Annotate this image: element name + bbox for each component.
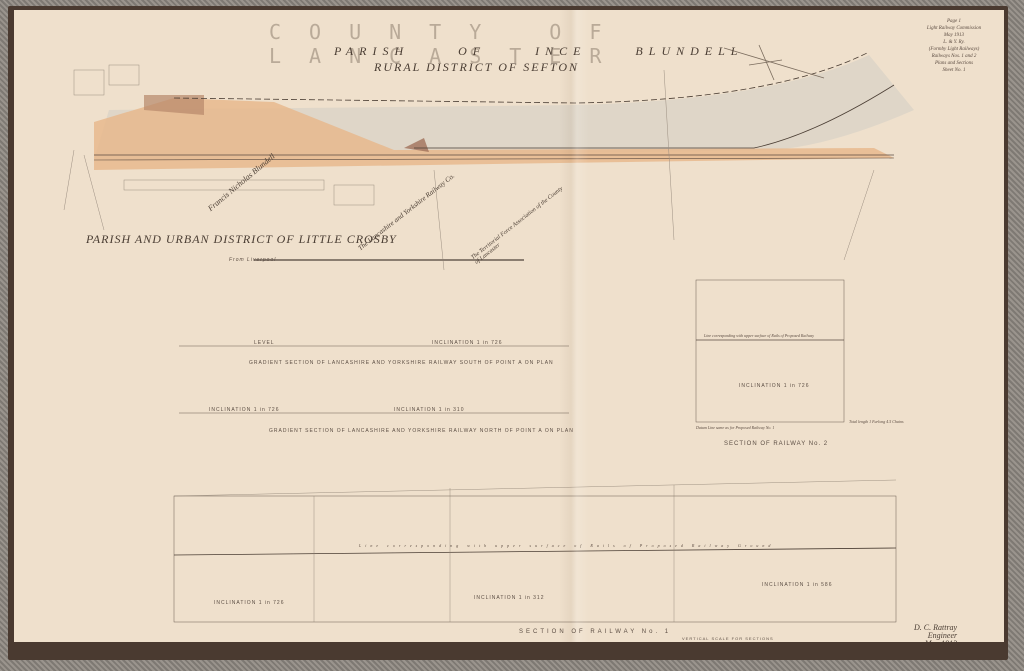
note-line: May 1913 — [914, 32, 994, 39]
note-line: Railways Nos. 1 and 2 — [914, 53, 994, 60]
note-line: Light Railway Commission — [914, 25, 994, 32]
vertical-scale-label: VERTICAL SCALE FOR SECTIONS — [682, 636, 774, 641]
corner-note: Page 1 Light Railway Commission May 1913… — [914, 18, 994, 74]
signature: D. C. Rattray Engineer May 1913 — [914, 624, 957, 642]
railway1-ground-note: Line corresponding with upper surface of… — [359, 542, 774, 549]
railway1-inclination-2: INCLINATION 1 in 312 — [474, 595, 544, 601]
signature-date: May 1913 — [914, 640, 957, 642]
map-sheet: COUNTY OF LANCASTER PARISH OF INCE BLUND… — [14, 10, 1004, 642]
note-line: Page 1 — [914, 18, 994, 25]
north-left-label: INCLINATION 1 in 726 — [209, 407, 279, 413]
north-right-label: INCLINATION 1 in 310 — [394, 407, 464, 413]
railway1-caption: SECTION OF RAILWAY No. 1 — [519, 629, 671, 635]
railway2-caption: SECTION OF RAILWAY No. 2 — [724, 441, 828, 447]
north-caption: GRADIENT SECTION OF LANCASHIRE AND YORKS… — [269, 428, 574, 434]
railway1-inclination-1: INCLINATION 1 in 726 — [214, 600, 284, 606]
note-line: (Formby Light Railways) — [914, 46, 994, 53]
from-liverpool-label: From Liverpool — [229, 257, 276, 263]
railway2-inclination: INCLINATION 1 in 726 — [739, 383, 809, 389]
south-right-label: INCLINATION 1 in 726 — [432, 340, 502, 346]
note-line: Sheet No. 1 — [914, 67, 994, 74]
railway2-length-note: Total length 1 Furlong 4.5 Chains — [849, 418, 904, 425]
south-left-label: LEVEL — [254, 340, 275, 346]
railway1-inclination-3: INCLINATION 1 in 586 — [762, 582, 832, 588]
railway2-ground-note: Line corresponding with upper surface of… — [704, 332, 814, 339]
rural-district-title: RURAL DISTRICT OF SEFTON — [374, 60, 579, 75]
note-line: Plans and Sections — [914, 60, 994, 67]
parish-title: PARISH OF INCE BLUNDELL — [334, 44, 743, 59]
south-caption: GRADIENT SECTION OF LANCASHIRE AND YORKS… — [249, 360, 554, 366]
note-line: L. & Y. Ry. — [914, 39, 994, 46]
little-crosby-title: PARISH AND URBAN DISTRICT OF LITTLE CROS… — [86, 232, 397, 247]
railway2-datum-note: Datum Line same as for Proposed Railway … — [696, 424, 774, 431]
